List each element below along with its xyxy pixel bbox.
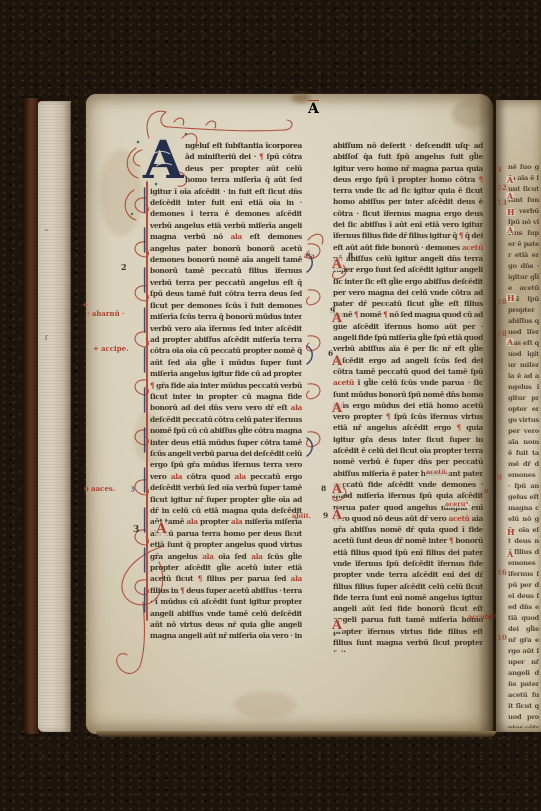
facing-entry-initial-7: H: [506, 528, 516, 536]
marginal-numeral-2: 2: [121, 263, 127, 271]
manuscript-photo: ſʒ4ſʒſ~ſſ A: [0, 0, 541, 811]
facing-margin-numeral-1: 4: [497, 166, 502, 173]
text-column-right: abiſſum nō deſerit · deſcendit uſq· ad a…: [333, 140, 483, 652]
next-page-text: nē ſuo gr̄a aīa ē ſunt ſicut ſunt ſunt ī…: [508, 162, 539, 728]
margin-note-aaces: o aaces.: [84, 485, 115, 492]
gutter-fold-shadow: [478, 94, 498, 734]
running-header-letter: A: [308, 100, 319, 116]
margin-blue-mark: ʒ: [131, 486, 134, 492]
gutter-numeral-8b: 8: [321, 485, 326, 493]
entry-initial-right-7: A: [331, 619, 343, 632]
text-column-left: ngeluſ eſt ſubſtantia īcorporea ād miniſ…: [150, 140, 302, 642]
edge-mark-5: ʒ: [73, 251, 76, 257]
facing-margin-numeral-2: 12: [497, 184, 507, 191]
facing-entry-initial-3: H: [506, 208, 516, 216]
edge-mark-1: ſ: [72, 128, 74, 134]
facing-entry-initial-6: A: [506, 338, 514, 346]
facing-entry-initial-1: A: [506, 176, 514, 184]
entry-initial-right-5: A: [331, 483, 343, 496]
facing-entry-initial-2: A: [506, 192, 514, 200]
margin-cross-2: +: [93, 345, 99, 352]
edge-mark-4: ſ: [70, 225, 72, 231]
marginal-numeral-3: 3: [133, 526, 139, 535]
bottom-page-edges: [96, 731, 496, 737]
margin-note-abarnu: · abarnū ·: [87, 310, 125, 317]
edge-mark-8: ſ: [45, 336, 47, 342]
gutter-numeral-8a: 8: [348, 252, 353, 260]
entry-initial-right-2: A: [331, 312, 343, 325]
margin-cross-1: +: [82, 301, 88, 308]
facing-entry-initial-5: H: [506, 294, 516, 302]
facing-entry-initial-4: A: [506, 226, 514, 234]
book-cover-board: [22, 98, 39, 734]
incipit-right: abiſſum nō deſerit · deſcendit uſq· ad a…: [333, 141, 483, 161]
stain: [100, 150, 142, 236]
inline-word-aceruus: aceru⁹.: [444, 501, 472, 508]
gutter-word-abiit: abiit.: [292, 513, 311, 520]
gutter-word-ala: ala: [304, 253, 315, 260]
edge-mark-7: ~: [44, 228, 49, 234]
facing-margin-numeral-3: 13: [497, 199, 507, 206]
gutter-numeral-9b: 9: [323, 512, 328, 520]
incipit-left: ngeluſ eſt ſubſtantia īcorporea ād miniſ…: [185, 141, 302, 161]
entry-initial-right-1: A: [331, 258, 343, 271]
inline-word-acetum: acetū.: [425, 469, 449, 476]
entry-initial-abissus: A: [155, 522, 168, 536]
edge-mark-2: ʒ: [75, 162, 78, 168]
entry-initial-right-4: A: [331, 402, 343, 415]
facing-margin-numeral-6: 0: [497, 474, 502, 481]
initial-spacer: [150, 140, 185, 185]
entry-initial-right-3: A: [331, 355, 343, 368]
flyleaf-page-edge: [38, 101, 71, 732]
entry-initial-right-6: A: [331, 509, 343, 522]
next-page-strip: nē ſuo gr̄a aīa ē ſunt ſicut ſunt ſunt ī…: [496, 100, 541, 732]
facing-entry-initial-8: A: [506, 550, 514, 558]
main-page: A: [86, 94, 493, 734]
margin-note-accipe: accipe.: [101, 345, 129, 352]
stain: [234, 692, 296, 718]
facing-margin-numeral-5: 18: [497, 330, 507, 337]
edge-mark-9: ſ: [74, 450, 76, 456]
facing-margin-numeral-8: 10: [497, 634, 507, 641]
facing-margin-numeral-7: 16: [497, 569, 507, 576]
